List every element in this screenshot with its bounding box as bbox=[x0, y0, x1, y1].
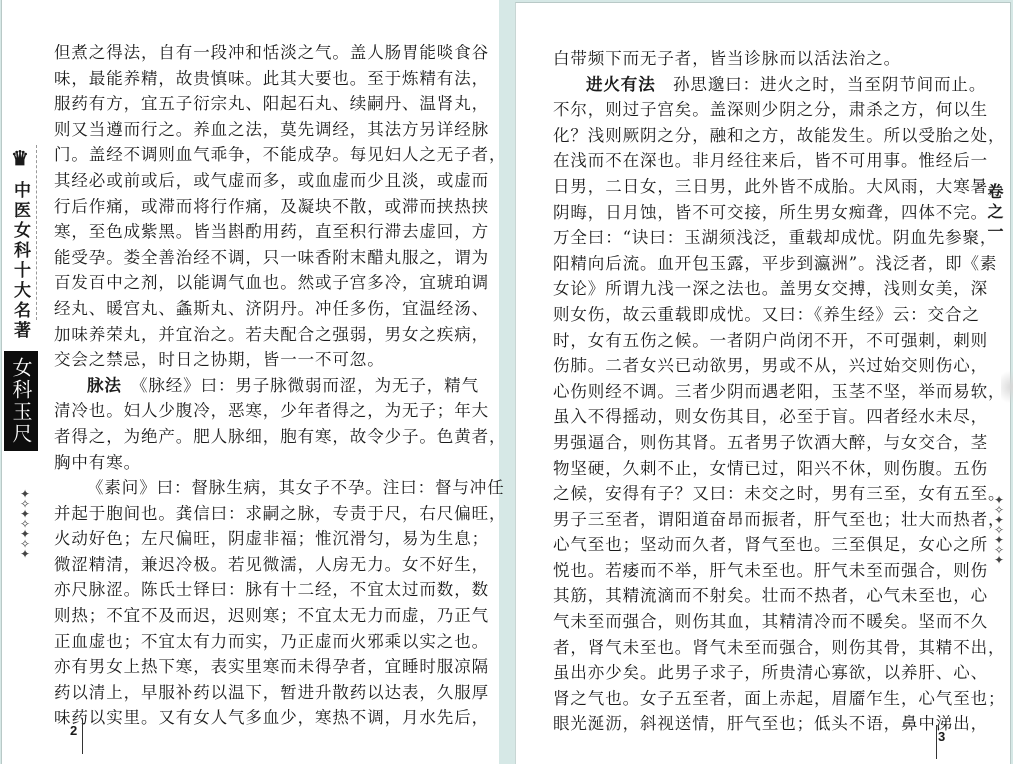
text-line: 味药以实里。又有女人气多血少，寒热不调，月水先后， bbox=[54, 705, 470, 731]
chapter-mark: 卷之一 bbox=[983, 183, 1006, 243]
text-line: 女论》所谓九浅一深之法也。盖男女交搏，浅则女美，深 bbox=[553, 276, 967, 302]
text-line: 其筋，其精流滴而不射矣。壮而不热者，心气未至也，心 bbox=[553, 583, 967, 609]
text-line: 物坚硬，久刺不止，女情已过，阳兴不休，则伤腹。五伤 bbox=[553, 456, 967, 482]
section-heading-jinhuo: 进火有法 bbox=[586, 75, 656, 94]
ornament-vine-icon: ✦✧✦✧✦✧✦ bbox=[18, 489, 32, 559]
text-line: 不尔，则过子宫矣。盖深则少阴之分，肃杀之方，何以生 bbox=[553, 97, 967, 123]
page-number-rule bbox=[82, 718, 83, 754]
text-line: 虽入不得摇动，则女伤其目，必至于盲。四者经水未尽， bbox=[553, 404, 967, 430]
text-line: 者得之，为绝产。肥人脉细，胞有寒，故令少子。色黄者， bbox=[54, 424, 470, 450]
text-line: 心伤则经不调。三者少阴而遇老阳，玉茎不坚，举而易软， bbox=[553, 379, 967, 405]
text-line: 眼光涎沥，斜视送情，肝气至也；低头不语，鼻中涕出， bbox=[553, 711, 967, 737]
text-line: 《脉经》曰：男子脉微弱而涩，为无子，精气 bbox=[139, 376, 479, 395]
text-line: 者，肾气未至也。肾气未至而强合，则伤其骨，其精不出， bbox=[553, 635, 967, 661]
text-line: 但煮之得法，自有一段冲和恬淡之气。盖人肠胃能啖食谷 bbox=[54, 40, 470, 66]
text-line: 日男，二日女，三日男，此外皆不成胎。大风雨，大寒暑， bbox=[553, 174, 967, 200]
right-page: 白带频下而无子者，皆当诊脉而以活法治之。 进火有法 孙思邈曰：进火之时，当至阴节… bbox=[515, 2, 1011, 764]
text-line: 《素问》曰：督脉生病，其女子不孕。注曰：督与冲任 bbox=[54, 475, 470, 501]
text-line: 亦尺脉涩。陈氏士铎曰：脉有十二经，不宜太过而数，数 bbox=[54, 577, 470, 603]
text-line: 心气至也；坚动而久者，肾气至也。三至俱足，女心之所 bbox=[553, 532, 967, 558]
left-page: ♛ 中医女科十大名著 女科玉尺 但煮之得法，自有一段冲和恬淡之气。盖人肠胃能啖食… bbox=[1, 0, 499, 764]
text-line: 并起于胞间也。龚信曰：求嗣之脉，专责于尺，右尺偏旺， bbox=[54, 501, 470, 527]
text-line: 门。盖经不调则血气乖争，不能成孕。每见妇人之无子者， bbox=[54, 142, 470, 168]
text-line: 火动好色；左尺偏旺，阴虚非福；惟沉滑匀，易为生息； bbox=[54, 526, 470, 552]
text-line: 则又当遵而行之。养血之法，莫先调经，其法方另详经脉 bbox=[54, 117, 470, 143]
text-line: 悦也。若痿而不举，肝气未至也。肝气未至而强合，则伤 bbox=[553, 558, 967, 584]
text-line: 虽出亦少矣。此男子求子，所贵清心寡欲，以养肝、心、 bbox=[553, 660, 967, 686]
text-line: 伤肺。二者女兴已动欲男，男或不从，兴过始交则伤心， bbox=[553, 353, 967, 379]
text-line: 胸中有寒。 bbox=[54, 450, 470, 476]
text-line: 男强逼合，则伤其肾。五者男子饮酒大醉，与女交合，茎 bbox=[553, 430, 967, 456]
ornament-vine-icon: ✦✧✦✧✦✧✦ bbox=[992, 495, 1006, 565]
text-line: 加味养荣丸，并宜治之。若夫配合之强弱，男女之疾病， bbox=[54, 322, 470, 348]
text-line: 能受孕。娄全善治经不调，只一味香附末醋丸服之，谓为 bbox=[54, 245, 470, 271]
text-line: 味，最能养精，故贵慎味。此其大要也。至于炼精有法， bbox=[54, 66, 470, 92]
text-line: 交会之禁忌，时日之协期，皆一一不可忽。 bbox=[54, 347, 470, 373]
text-line: 之候，安得有子？又曰：未交之时，男有三至，女有五至。 bbox=[553, 481, 967, 507]
series-side-tab: ♛ 中医女科十大名著 女科玉尺 bbox=[4, 143, 36, 451]
section-maifa-first-line: 脉法 《脉经》曰：男子脉微弱而涩，为无子，精气 bbox=[54, 373, 470, 399]
text-line: 男子三至者，谓阳道奋昂而振者，肝气至也；壮大而热者， bbox=[553, 507, 967, 533]
text-line: 药以清上，早服补药以温下，暂进升散药以达表，久服厚 bbox=[54, 680, 470, 706]
text-line: 阴晦，日月蚀，皆不可交接，所生男女痴聋，四体不完。 bbox=[553, 200, 967, 226]
series-title: 中医女科十大名著 bbox=[4, 173, 36, 349]
page-number: 2 bbox=[70, 723, 77, 738]
text-line: 则女伤，故云重载即成忧。又曰：《养生经》云：交合之 bbox=[553, 302, 967, 328]
text-line: 孙思邈曰：进火之时，当至阴节间而止。 bbox=[673, 75, 986, 94]
text-line: 在浅而不在深也。非月经往来后，皆不可用事。惟经后一 bbox=[553, 148, 967, 174]
volume-title: 女科玉尺 bbox=[4, 351, 38, 451]
page-number: 3 bbox=[938, 729, 945, 744]
text-line: 清冷也。妇人少腹冷，恶寒，少年者得之，为无子；年大 bbox=[54, 398, 470, 424]
left-page-text: 但煮之得法，自有一段冲和恬淡之气。盖人肠胃能啖食谷 味，最能养精，故贵慎味。此其… bbox=[54, 40, 470, 731]
text-line: 阳精向后流。血开包玉露，平步到瀛洲”。浅泛者，即《素 bbox=[553, 251, 967, 277]
section-heading-maifa: 脉法 bbox=[87, 376, 122, 395]
text-line: 时，女有五伤之候。一者阴户尚闭不开，不可强刺，刺则 bbox=[553, 328, 967, 354]
right-page-text: 白带频下而无子者，皆当诊脉而以活法治之。 进火有法 孙思邈曰：进火之时，当至阴节… bbox=[553, 46, 967, 737]
text-line: 则热；不宜不及而迟，迟则寒；不宜太无力而虚，乃正气 bbox=[54, 603, 470, 629]
scan-smudge bbox=[1001, 366, 1013, 408]
page-number-rule bbox=[936, 725, 937, 759]
text-line: 亦有男女上热下寒，表实里寒而未得孕者，宜睡时服凉隔 bbox=[54, 654, 470, 680]
text-line: 肾之气也。女子五至者，面上赤起，眉靥乍生，心气至也； bbox=[553, 686, 967, 712]
text-line: 服药有方，宜五子衍宗丸、阳起石丸、续嗣丹、温肾丸， bbox=[54, 91, 470, 117]
text-line: 化？浅则厥阴之分，融和之方，故能发生。所以受胎之处， bbox=[553, 123, 967, 149]
text-line: 行后作痛，或滞而将行作痛，及凝块不散，或滞而挟热挟 bbox=[54, 194, 470, 220]
section-jinhuo-first-line: 进火有法 孙思邈曰：进火之时，当至阴节间而止。 bbox=[553, 72, 967, 98]
text-line: 白带频下而无子者，皆当诊脉而以活法治之。 bbox=[553, 46, 967, 72]
text-line: 经丸、暖宫丸、螽斯丸、济阴丹。冲任多伤，宜温经汤、 bbox=[54, 296, 470, 322]
text-line: 气未至而强合，则伤其血，其精清冷而不暖矣。坚而不久 bbox=[553, 609, 967, 635]
text-line: 万全曰：“诀曰：玉湖须浅泛，重载却成忧。阴血先参聚， bbox=[553, 225, 967, 251]
emblem-icon: ♛ bbox=[7, 143, 33, 173]
text-line: 寒，至色成紫黑。皆当斟酌用药，直至积行滞去虚回，方 bbox=[54, 219, 470, 245]
side-divider bbox=[36, 145, 38, 320]
text-line: 其经必或前或后，或气虚而多，或血虚而少且淡，或虚而 bbox=[54, 168, 470, 194]
text-line: 百发百中之剂，以能调气血也。然或子宫多冷，宜琥珀调 bbox=[54, 270, 470, 296]
text-line: 微涩精清，兼迟冷极。若见微濡，人房无力。女不好生， bbox=[54, 552, 470, 578]
text-line: 正血虚也；不宜太有力而实，乃正虚而火邪乘以实之也。 bbox=[54, 629, 470, 655]
